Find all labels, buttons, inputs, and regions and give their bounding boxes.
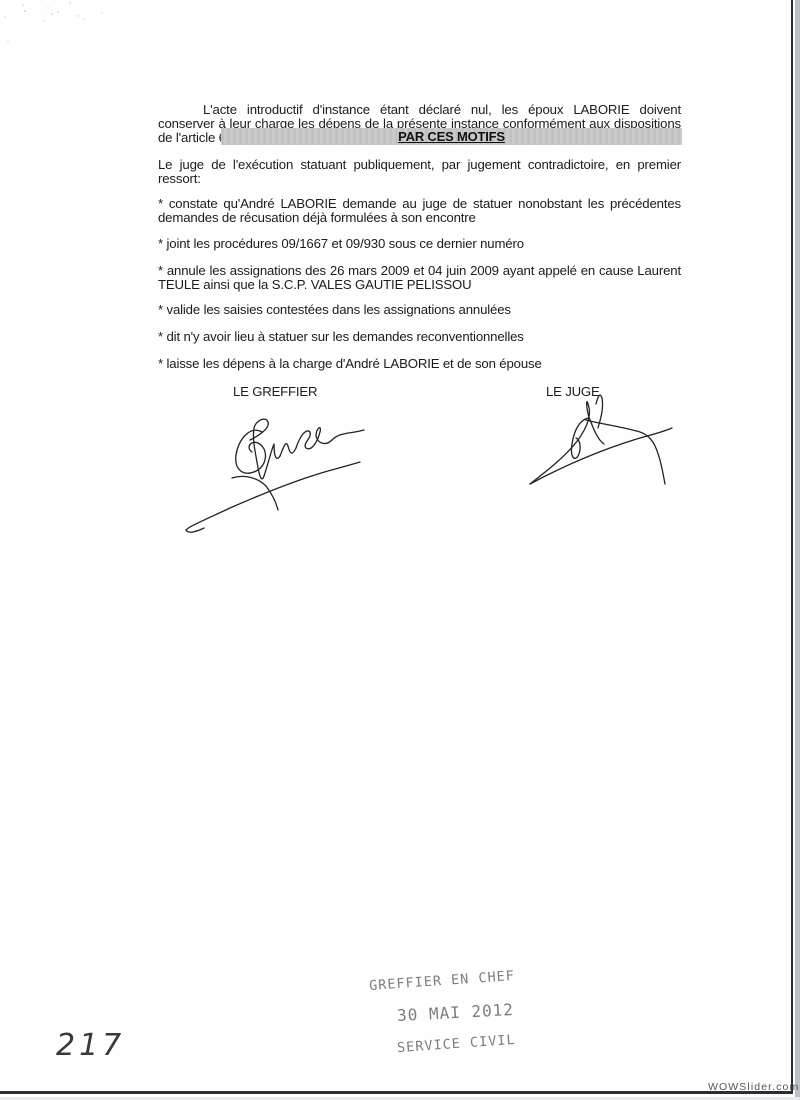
judge-signature xyxy=(0,0,800,600)
stamp-service: SERVICE CIVIL xyxy=(397,1032,516,1056)
scanned-document-page: L'acte introductif d'instance étant décl… xyxy=(0,0,793,1094)
stamp-date: 30 MAI 2012 xyxy=(397,1000,515,1025)
handwritten-page-number: 217 xyxy=(56,1028,125,1063)
watermark-text: WOWSlider.com xyxy=(708,1081,799,1093)
frame-edge-right xyxy=(795,0,800,1100)
stamp-office: GREFFIER EN CHEF xyxy=(369,968,516,994)
